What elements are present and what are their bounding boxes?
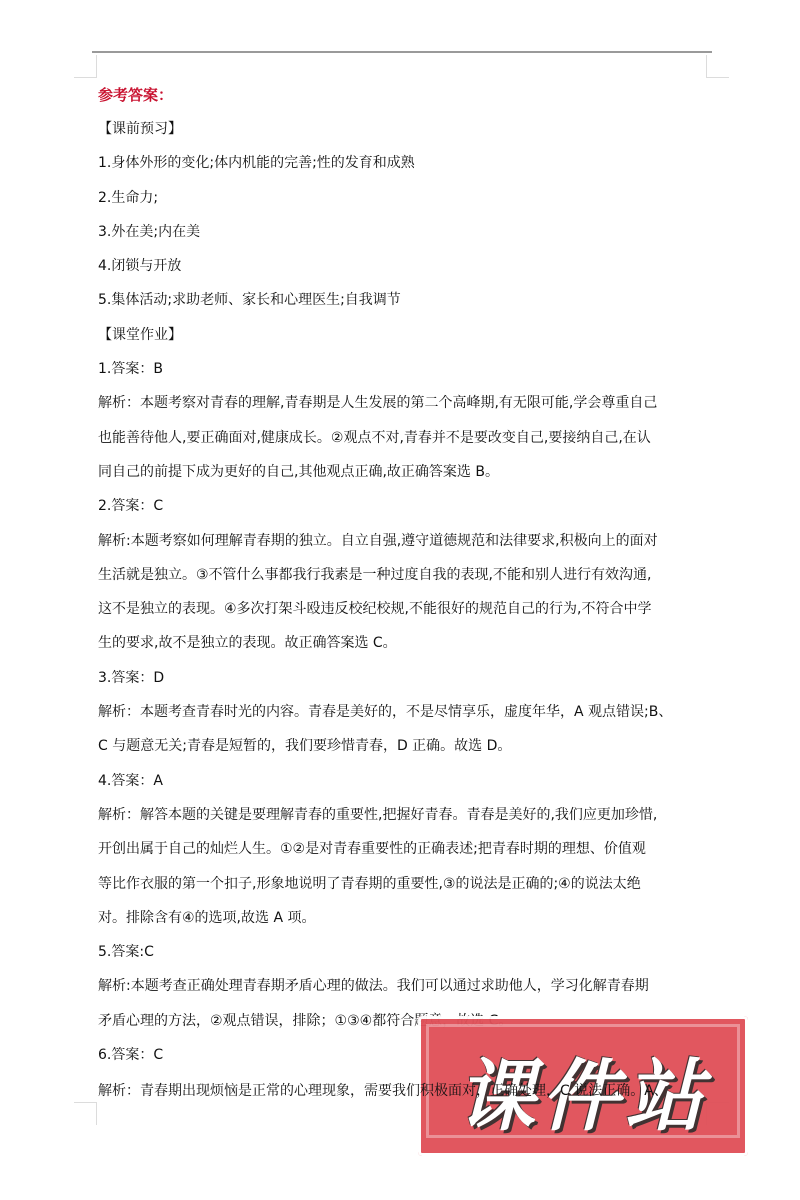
document-body: 参考答案： 【课前预习】 1.身体外形的变化;体内机能的完善;性的发育和成熟 2… — [98, 84, 710, 1078]
analysis-line: 等比作衣服的第一个扣子,形象地说明了青春期的重要性,③的说法是正确的;④的说法太… — [98, 873, 710, 907]
section-heading-preview: 【课前预习】 — [98, 118, 710, 152]
preview-item: 1.身体外形的变化;体内机能的完善;性的发育和成熟 — [98, 152, 710, 186]
page-corner-top-left — [74, 55, 97, 78]
analysis-line: 这不是独立的表现。④多次打架斗殴违反校纪校规,不能很好的规范自己的行为,不符合中… — [98, 598, 710, 632]
header-rule — [92, 51, 712, 53]
preview-item: 4.闭锁与开放 — [98, 255, 710, 289]
analysis-line: 解析：本题考查青春时光的内容。青春是美好的，不是尽情享乐，虚度年华，A 观点错误… — [98, 701, 710, 735]
document-title: 参考答案： — [98, 84, 710, 106]
analysis-line: C 与题意无关;青春是短暂的，我们要珍惜青春，D 正确。故选 D。 — [98, 735, 710, 769]
answer-label: 1.答案：B — [98, 358, 710, 392]
preview-item: 3.外在美;内在美 — [98, 221, 710, 255]
analysis-line: 解析:本题考察如何理解青春期的独立。自立自强,遵守道德规范和法律要求,积极向上的… — [98, 530, 710, 564]
preview-item: 5.集体活动;求助老师、家长和心理医生;自我调节 — [98, 289, 710, 323]
answer-label: 3.答案：D — [98, 667, 710, 701]
analysis-line: 生活就是独立。③不管什么事都我行我素是一种过度自我的表现,不能和别人进行有效沟通… — [98, 564, 710, 598]
answer-label: 2.答案：C — [98, 495, 710, 529]
answer-label: 4.答案：A — [98, 770, 710, 804]
document-page: 参考答案： 【课前预习】 1.身体外形的变化;体内机能的完善;性的发育和成熟 2… — [0, 0, 800, 1200]
answer-label: 5.答案:C — [98, 941, 710, 975]
analysis-line: 对。排除含有④的选项,故选 A 项。 — [98, 907, 710, 941]
preview-item: 2.生命力; — [98, 187, 710, 221]
analysis-line: 也能善待他人,要正确面对,健康成长。②观点不对,青春并不是要改变自己,要接纳自己… — [98, 427, 710, 461]
analysis-line: 生的要求,故不是独立的表现。故正确答案选 C。 — [98, 632, 710, 666]
analysis-line: 解析：解答本题的关键是要理解青春的重要性,把握好青春。青春是美好的,我们应更加珍… — [98, 804, 710, 838]
analysis-line: 同自己的前提下成为更好的自己,其他观点正确,故正确答案选 B。 — [98, 461, 710, 495]
analysis-line: 开创出属于自己的灿烂人生。①②是对青春重要性的正确表述;把青春时期的理想、价值观 — [98, 838, 710, 872]
analysis-line: 解析：本题考察对青春的理解,青春期是人生发展的第二个高峰期,有无限可能,学会尊重… — [98, 392, 710, 426]
page-corner-top-right — [706, 55, 729, 78]
analysis-line: 解析：青春期出现烦恼是正常的心理现象，需要我们积极面对，正确处理，C 说法正确。… — [98, 1080, 668, 1102]
analysis-line: 解析:本题考查正确处理青春期矛盾心理的做法。我们可以通过求助他人，学习化解青春期 — [98, 975, 710, 1009]
page-corner-bottom-left — [74, 1102, 97, 1125]
section-heading-classwork: 【课堂作业】 — [98, 324, 710, 358]
